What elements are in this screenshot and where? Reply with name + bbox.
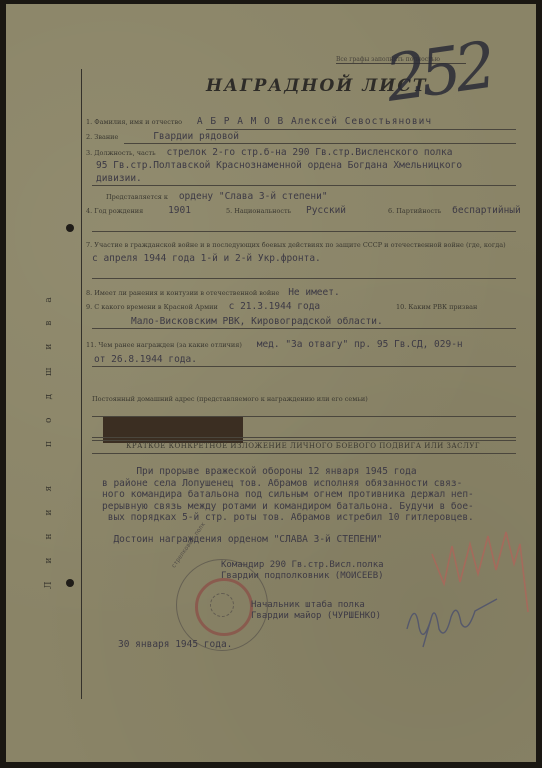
underline <box>206 129 516 130</box>
underline <box>92 231 516 232</box>
stamp-emblem <box>210 593 234 617</box>
underline <box>92 366 516 367</box>
feat-description: При прорыве вражеской обороны 12 января … <box>102 466 522 524</box>
field-birth-year: 4. Год рождения 1901 <box>86 205 191 216</box>
field-draft-office-label: 10. Каким РВК призван <box>396 302 477 311</box>
field-position: 3. Должность, часть стрелок 2-го стр.б-н… <box>86 147 453 158</box>
underline <box>92 328 516 329</box>
field-rank-value: Гвардии рядовой <box>153 131 239 142</box>
field-name-value: А Б Р А М О В Алексей Севостьянович <box>197 116 432 127</box>
feat-heading: КРАТКОЕ КОНКРЕТНОЕ ИЗЛОЖЕНИЕ ЛИЧНОГО БОЕ… <box>126 442 480 450</box>
underline <box>92 453 516 454</box>
field-army-since: 9. С какого времени в Красной Армии с 21… <box>86 301 320 312</box>
field-party: 6. Партийность беспартийный <box>388 205 521 216</box>
binding-label: Линия подшива <box>44 234 64 634</box>
stamp-seal-ring <box>195 578 253 636</box>
field-position-line3: дивизии. <box>96 173 142 184</box>
underline <box>92 437 516 438</box>
binding-line <box>81 69 82 699</box>
field-home-address: Постоянный домашний адрес (представляемо… <box>92 394 368 403</box>
field-rank: 2. Звание Гвардии рядовой <box>86 131 239 142</box>
field-previous-awards: 11. Чем ранее награжден (за какие отличи… <box>86 339 463 350</box>
chief-of-staff-signature-block: Начальник штаба полка Гвардии майор (ЧУР… <box>251 600 381 622</box>
commander-signature-block: Командир 290 Гв.стр.Висл.полка Гвардии п… <box>221 560 384 582</box>
field-wounds: 8. Имеет ли ранения и контузии в отечест… <box>86 287 340 298</box>
field-draft-office-value: Мало-Висковским РВК, Кировоградской обла… <box>131 316 383 327</box>
field-nationality: 5. Национальность Русский <box>226 205 346 216</box>
underline <box>124 143 516 144</box>
field-position-line2: 95 Гв.стр.Полтавской Краснознаменной орд… <box>96 160 462 171</box>
underline <box>92 185 516 186</box>
field-represented-value: ордену "Слава 3-й степени" <box>179 191 328 202</box>
archive-number: 252 <box>381 29 494 117</box>
field-represented: Представляется к ордену "Слава 3-й степе… <box>106 191 328 202</box>
paper-blemish <box>66 224 74 232</box>
field-war-participation: 7. Участие в гражданской войне и в после… <box>86 238 516 266</box>
document-date: 30 января 1945 года. <box>118 639 232 650</box>
field-position-value: стрелок 2-го стр.б-на 290 Гв.стр.Висленс… <box>167 147 453 158</box>
field-previous-awards-line2: от 26.8.1944 года. <box>94 354 197 365</box>
award-sheet-page: Линия подшива Все графы заполнять полнос… <box>6 4 536 762</box>
paper-blemish <box>66 579 74 587</box>
chief-handwritten-signature <box>401 589 501 649</box>
underline <box>92 440 516 441</box>
underline <box>92 278 516 279</box>
field-name: 1. Фамилия, имя и отчество А Б Р А М О В… <box>86 116 432 127</box>
